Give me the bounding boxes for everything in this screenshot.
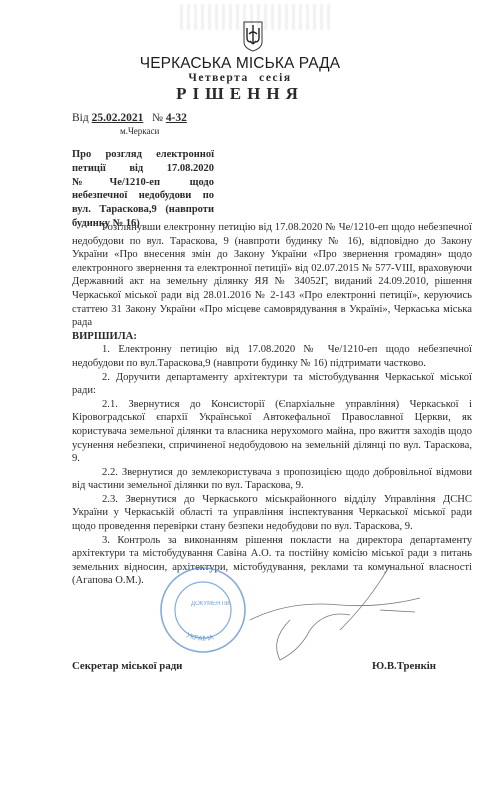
signatory-name: Ю.В.Тренкін xyxy=(372,660,436,672)
signatory-position: Секретар міської ради xyxy=(72,660,182,672)
decision-body: Розглянувши електронну петицію від 17.08… xyxy=(72,221,472,588)
dateline: Від 25.02.2021 № 4-32 xyxy=(72,112,187,124)
resolved-heading: ВИРІШИЛА: xyxy=(72,330,472,344)
item-1: 1. Електронну петицію від 17.08.2020 № Ч… xyxy=(72,343,472,370)
trident-emblem-icon xyxy=(242,20,264,52)
item-2-2: 2.2. Звернутися до землекористувача з пр… xyxy=(72,466,472,493)
item-2-3: 2.3. Звернутися до Черкаського міськрайо… xyxy=(72,493,472,534)
handwritten-signature-icon xyxy=(230,560,430,670)
item-2: 2. Доручити департаменту архітектури та … xyxy=(72,371,472,398)
preamble: Розглянувши електронну петицію від 17.08… xyxy=(72,221,472,330)
decision-number: 4-32 xyxy=(166,112,187,124)
city: м.Черкаси xyxy=(120,126,159,136)
session-label: Четверта сесія xyxy=(0,72,480,84)
decision-subject: Про розгляд електронної петиції від 17.0… xyxy=(72,148,214,231)
council-name: ЧЕРКАСЬКА МІСЬКА РАДА xyxy=(0,55,480,73)
svg-text:ДОКУМЕНТІВ: ДОКУМЕНТІВ xyxy=(191,601,230,607)
from-label: Від xyxy=(72,112,89,124)
number-label: № xyxy=(152,112,163,124)
document-type: РІШЕННЯ xyxy=(0,84,480,104)
item-2-1: 2.1. Звернутися до Консисторії (Єпархіал… xyxy=(72,398,472,466)
decision-date: 25.02.2021 xyxy=(92,112,144,124)
svg-text:УКРАЇНА: УКРАЇНА xyxy=(185,632,215,643)
